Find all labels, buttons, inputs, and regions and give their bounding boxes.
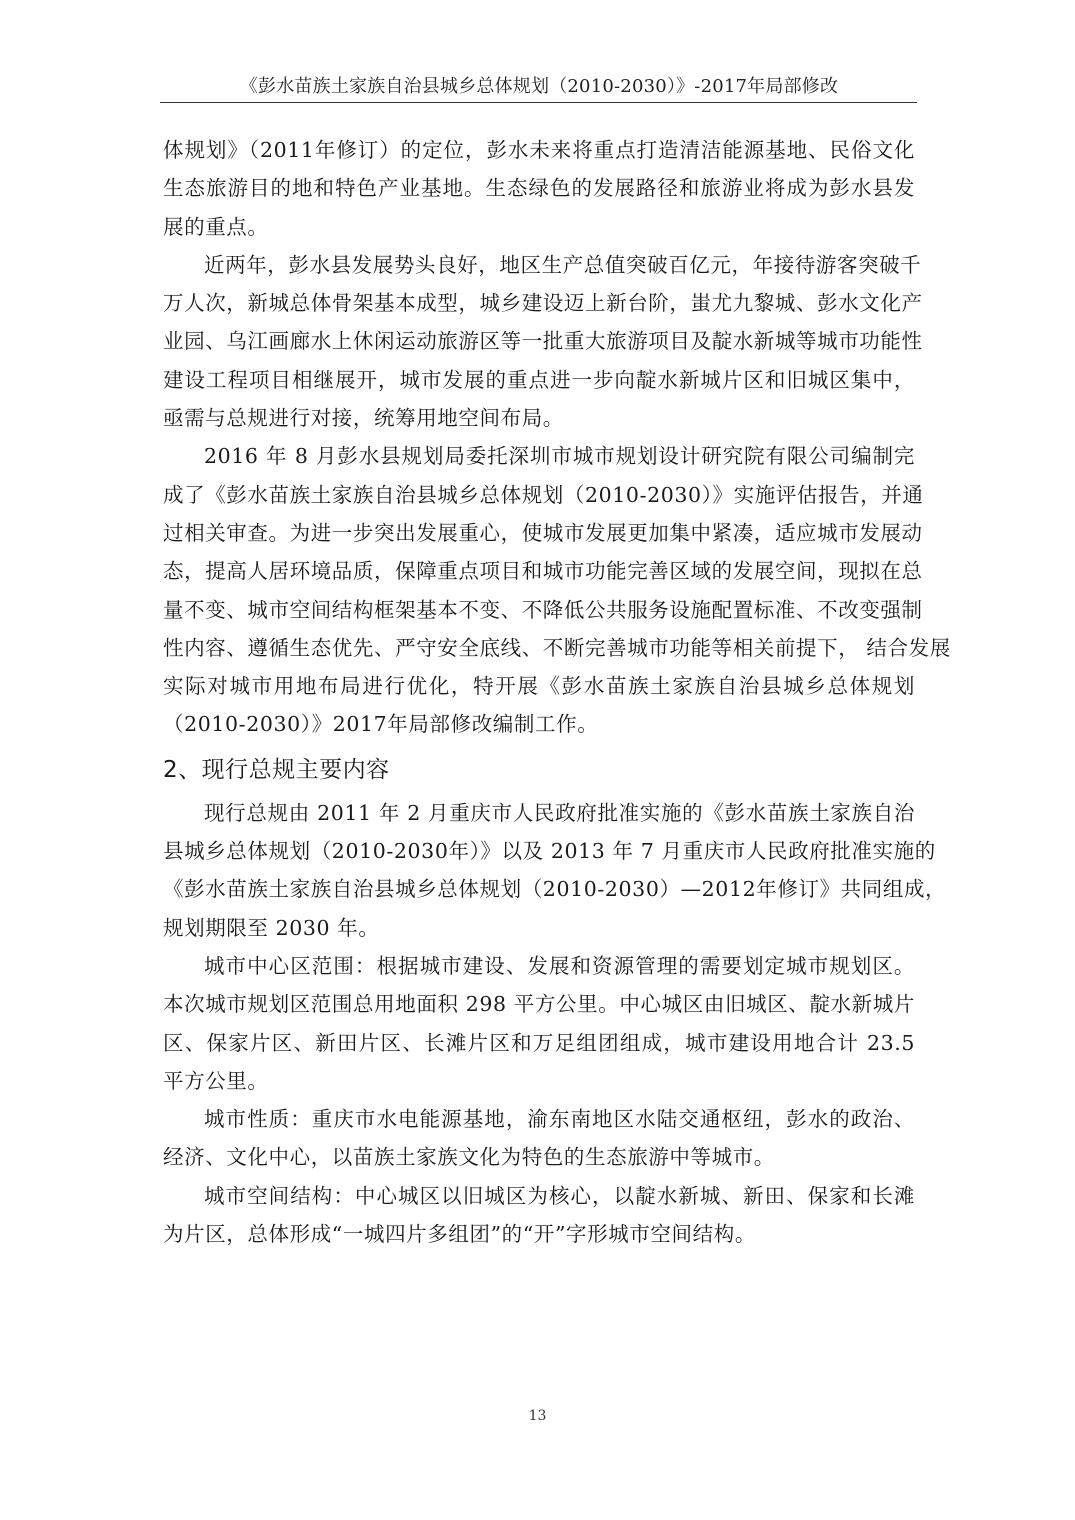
- text-line: 业园、乌江画廊水上休闲运动旅游区等一批重大旅游项目及靛水新城等城市功能性: [163, 322, 915, 360]
- text-line: 平方公里。: [163, 1062, 915, 1100]
- paragraph: 城市性质：重庆市水电能源基地，渝东南地区水陆交通枢纽，彭水的政治、 经济、文化中…: [163, 1100, 915, 1177]
- text-line: 经济、文化中心，以苗族土家族文化为特色的生态旅游中等城市。: [163, 1138, 915, 1176]
- text-line: 成了《彭水苗族土家族自治县城乡总体规划（2010-2030）》实施评估报告，并通: [163, 476, 915, 514]
- text-line: （2010-2030）》2017年局部修改编制工作。: [163, 705, 915, 743]
- text-line: 实际对城市用地布局进行优化，特开展《彭水苗族土家族自治县城乡总体规划: [163, 667, 915, 705]
- text-line: 近两年，彭水县发展势头良好，地区生产总值突破百亿元，年接待游客突破千: [163, 246, 915, 284]
- text-line: 2016 年 8 月彭水县规划局委托深圳市城市规划设计研究院有限公司编制完: [163, 437, 915, 475]
- text-line: 万人次，新城总体骨架基本成型，城乡建设迈上新台阶，蚩尤九黎城、彭水文化产: [163, 284, 915, 322]
- paragraph: 现行总规由 2011 年 2 月重庆市人民政府批准实施的《彭水苗族土家族自治 县…: [163, 794, 915, 947]
- text-line: 城市中心区范围：根据城市建设、发展和资源管理的需要划定城市规划区。: [163, 947, 915, 985]
- text-line: 规划期限至 2030 年。: [163, 909, 915, 947]
- text-line: 态，提高人居环境品质，保障重点项目和城市功能完善区域的发展空间，现拟在总: [163, 552, 915, 590]
- paragraph: 近两年，彭水县发展势头良好，地区生产总值突破百亿元，年接待游客突破千 万人次，新…: [163, 246, 915, 437]
- text-line: 县城乡总体规划（2010-2030年）》以及 2013 年 7 月重庆市人民政府…: [163, 832, 915, 870]
- header-divider: [160, 102, 917, 103]
- text-line: 体规划》（2011年修订）的定位，彭水未来将重点打造清洁能源基地、民俗文化: [163, 131, 915, 169]
- paragraph: 体规划》（2011年修订）的定位，彭水未来将重点打造清洁能源基地、民俗文化 生态…: [163, 131, 915, 246]
- text-line: 城市性质：重庆市水电能源基地，渝东南地区水陆交通枢纽，彭水的政治、: [163, 1100, 915, 1138]
- text-line: 量不变、城市空间结构框架基本不变、不降低公共服务设施配置标准、不改变强制: [163, 591, 915, 629]
- text-line: 为片区，总体形成“一城四片多组团”的“开”字形城市空间结构。: [163, 1215, 915, 1253]
- text-line: 生态旅游目的地和特色产业基地。生态绿色的发展路径和旅游业将成为彭水县发: [163, 169, 915, 207]
- text-line: 建设工程项目相继展开，城市发展的重点进一步向靛水新城片区和旧城区集中，: [163, 361, 915, 399]
- paragraph: 城市中心区范围：根据城市建设、发展和资源管理的需要划定城市规划区。 本次城市规划…: [163, 947, 915, 1100]
- paragraph: 2016 年 8 月彭水县规划局委托深圳市城市规划设计研究院有限公司编制完 成了…: [163, 437, 915, 743]
- running-header: 《彭水苗族土家族自治县城乡总体规划（2010-2030）》-2017年局部修改: [163, 74, 915, 100]
- text-line: 区、保家片区、新田片区、长滩片区和万足组团组成，城市建设用地合计 23.5: [163, 1024, 915, 1062]
- text-line: 过相关审查。为进一步突出发展重心，使城市发展更加集中紧凑，适应城市发展动: [163, 514, 915, 552]
- text-line: 本次城市规划区范围总用地面积 298 平方公里。中心城区由旧城区、靛水新城片: [163, 985, 915, 1023]
- text-line: 展的重点。: [163, 208, 915, 246]
- text-line: 《彭水苗族土家族自治县城乡总体规划（2010-2030）—2012年修订》共同组…: [163, 870, 915, 908]
- section-heading: 2、现行总规主要内容: [163, 750, 915, 790]
- text-line: 城市空间结构：中心城区以旧城区为核心，以靛水新城、新田、保家和长滩: [163, 1177, 915, 1215]
- text-line: 亟需与总规进行对接，统筹用地空间布局。: [163, 399, 915, 437]
- document-body: 体规划》（2011年修订）的定位，彭水未来将重点打造清洁能源基地、民俗文化 生态…: [163, 131, 915, 1253]
- paragraph: 城市空间结构：中心城区以旧城区为核心，以靛水新城、新田、保家和长滩 为片区，总体…: [163, 1177, 915, 1254]
- text-line: 现行总规由 2011 年 2 月重庆市人民政府批准实施的《彭水苗族土家族自治: [163, 794, 915, 832]
- page-number: 13: [0, 1408, 1075, 1424]
- text-line: 性内容、遵循生态优先、严守安全底线、不断完善城市功能等相关前提下， 结合发展: [163, 629, 915, 667]
